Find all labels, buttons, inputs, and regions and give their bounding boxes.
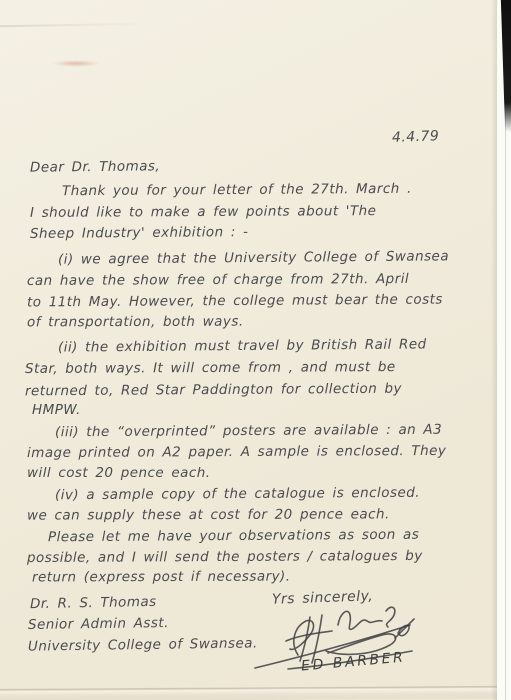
paper-right-edge-shadow bbox=[491, 0, 497, 700]
body-line: image printed on A2 paper. A sample is e… bbox=[27, 445, 446, 461]
addressee-organisation: University College of Swansea. bbox=[28, 637, 258, 654]
body-line: of transportation, both ways. bbox=[27, 316, 244, 330]
body-line: Sheep Industry' exhibition : - bbox=[30, 226, 249, 241]
body-line: (iv) a sample copy of the catalogue is e… bbox=[55, 487, 420, 503]
body-line: can have the show free of charge from 27… bbox=[27, 273, 409, 289]
body-line: HMPW. bbox=[32, 404, 81, 418]
letter-date: 4.4.79 bbox=[392, 129, 440, 145]
body-line: I should like to make a few points about… bbox=[30, 205, 376, 220]
body-line: will cost 20 pence each. bbox=[27, 467, 210, 481]
letter-paper: 4.4.79 Dear Dr. Thomas, Thank you for yo… bbox=[0, 0, 497, 700]
body-line: returned to, Red Star Paddington for col… bbox=[25, 383, 402, 399]
body-line: Star, both ways. It will come from , and… bbox=[25, 361, 396, 376]
signature-scrawl bbox=[240, 583, 470, 688]
body-line: (ii) the exhibition must travel by Briti… bbox=[58, 338, 427, 355]
paper-crease bbox=[0, 23, 150, 28]
body-line: to 11th May. However, the college must b… bbox=[27, 294, 443, 310]
body-line: we can supply these at cost for 20 pence… bbox=[27, 508, 390, 523]
body-line: (i) we agree that the University College… bbox=[58, 250, 449, 267]
addressee-title: Senior Admin Asst. bbox=[28, 617, 169, 632]
addressee-name: Dr. R. S. Thomas bbox=[30, 596, 157, 612]
body-line: possible, and I will send the posters / … bbox=[27, 550, 423, 566]
body-line: Please let me have your observations as … bbox=[48, 529, 419, 545]
scanned-letter: 4.4.79 Dear Dr. Thomas, Thank you for yo… bbox=[0, 0, 511, 700]
bottom-fold-crease bbox=[0, 680, 497, 700]
body-line: Thank you for your letter of the 27th. M… bbox=[62, 183, 412, 199]
salutation-line: Dear Dr. Thomas, bbox=[30, 160, 160, 175]
red-smudge-mark bbox=[52, 60, 100, 67]
body-line: (iii) the “overprinted” posters are avai… bbox=[55, 424, 442, 440]
